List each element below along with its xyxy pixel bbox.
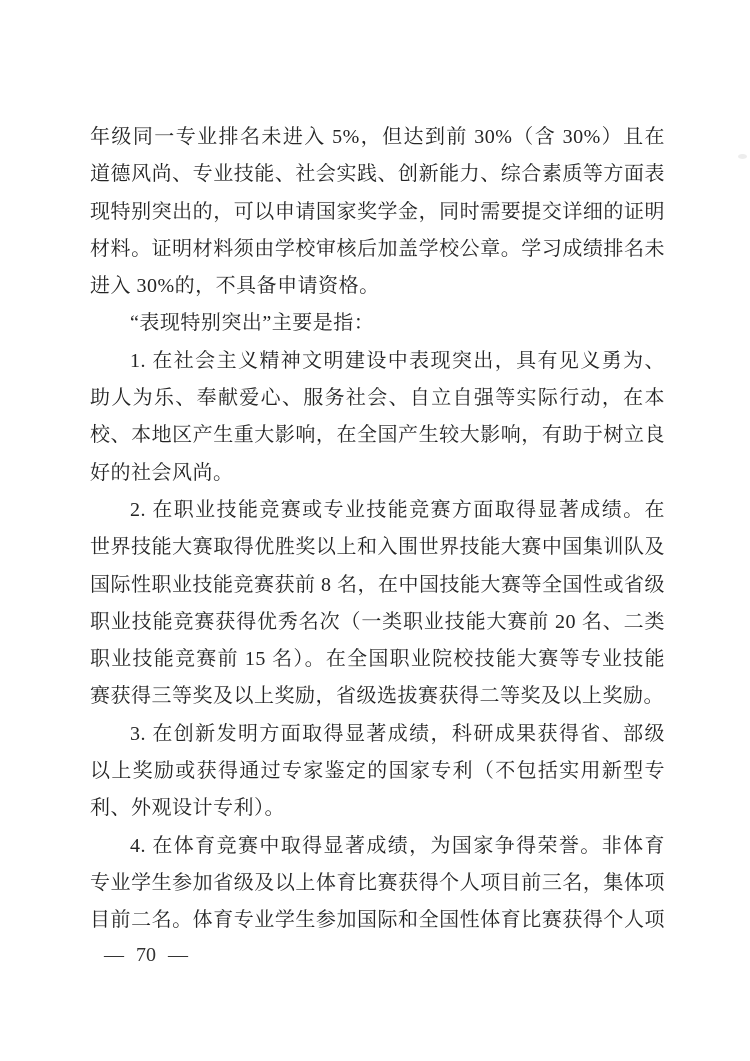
text-line: 职业技能竞赛获得优秀名次（一类职业技能大赛前 20 名、二类 bbox=[90, 604, 665, 641]
text-line: 利、外观设计专利）。 bbox=[90, 790, 665, 827]
text-line: 目前二名。体育专业学生参加国际和全国性体育比赛获得个人项 bbox=[90, 902, 665, 939]
text-line: 赛获得三等奖及以上奖励，省级选拔赛获得二等奖及以上奖励。 bbox=[90, 678, 665, 715]
text-line: 职业技能竞赛前 15 名）。在全国职业院校技能大赛等专业技能竞 bbox=[90, 641, 665, 678]
document-page: 年级同一专业排名未进入 5%，但达到前 30%（含 30%）且在道德风尚、专业技… bbox=[0, 0, 750, 1061]
text-line: 校、本地区产生重大影响，在全国产生较大影响，有助于树立良 bbox=[90, 417, 665, 454]
text-line: 道德风尚、专业技能、社会实践、创新能力、综合素质等方面表 bbox=[90, 156, 665, 193]
page-body: 年级同一专业排名未进入 5%，但达到前 30%（含 30%）且在道德风尚、专业技… bbox=[90, 119, 665, 940]
text-line: 以上奖励或获得通过专家鉴定的国家专利（不包括实用新型专 bbox=[90, 753, 665, 790]
text-line: 现特别突出的，可以申请国家奖学金，同时需要提交详细的证明 bbox=[90, 194, 665, 231]
text-line: “表现特别突出”主要是指： bbox=[90, 305, 665, 342]
footer-dash-right: — bbox=[168, 944, 188, 966]
text-line: 国际性职业技能竞赛获前 8 名，在中国技能大赛等全国性或省级 bbox=[90, 567, 665, 604]
text-line: 4. 在体育竞赛中取得显著成绩，为国家争得荣誉。非体育 bbox=[90, 828, 665, 865]
text-line: 3. 在创新发明方面取得显著成绩，科研成果获得省、部级 bbox=[90, 716, 665, 753]
text-line: 年级同一专业排名未进入 5%，但达到前 30%（含 30%）且在 bbox=[90, 119, 665, 156]
footer-dash-left: — bbox=[104, 944, 124, 966]
text-line: 助人为乐、奉献爱心、服务社会、自立自强等实际行动，在本 bbox=[90, 380, 665, 417]
text-line: 好的社会风尚。 bbox=[90, 455, 665, 492]
text-line: 2. 在职业技能竞赛或专业技能竞赛方面取得显著成绩。在 bbox=[90, 492, 665, 529]
page-footer: — 70 — bbox=[104, 944, 188, 966]
text-line: 进入 30%的，不具备申请资格。 bbox=[90, 268, 665, 305]
page-number: 70 bbox=[136, 944, 156, 966]
text-line: 材料。证明材料须由学校审核后加盖学校公章。学习成绩排名未 bbox=[90, 231, 665, 268]
scan-artifact bbox=[738, 154, 747, 159]
text-line: 世界技能大赛取得优胜奖以上和入围世界技能大赛中国集训队及 bbox=[90, 529, 665, 566]
text-line: 专业学生参加省级及以上体育比赛获得个人项目前三名，集体项 bbox=[90, 865, 665, 902]
text-line: 1. 在社会主义精神文明建设中表现突出，具有见义勇为、 bbox=[90, 343, 665, 380]
